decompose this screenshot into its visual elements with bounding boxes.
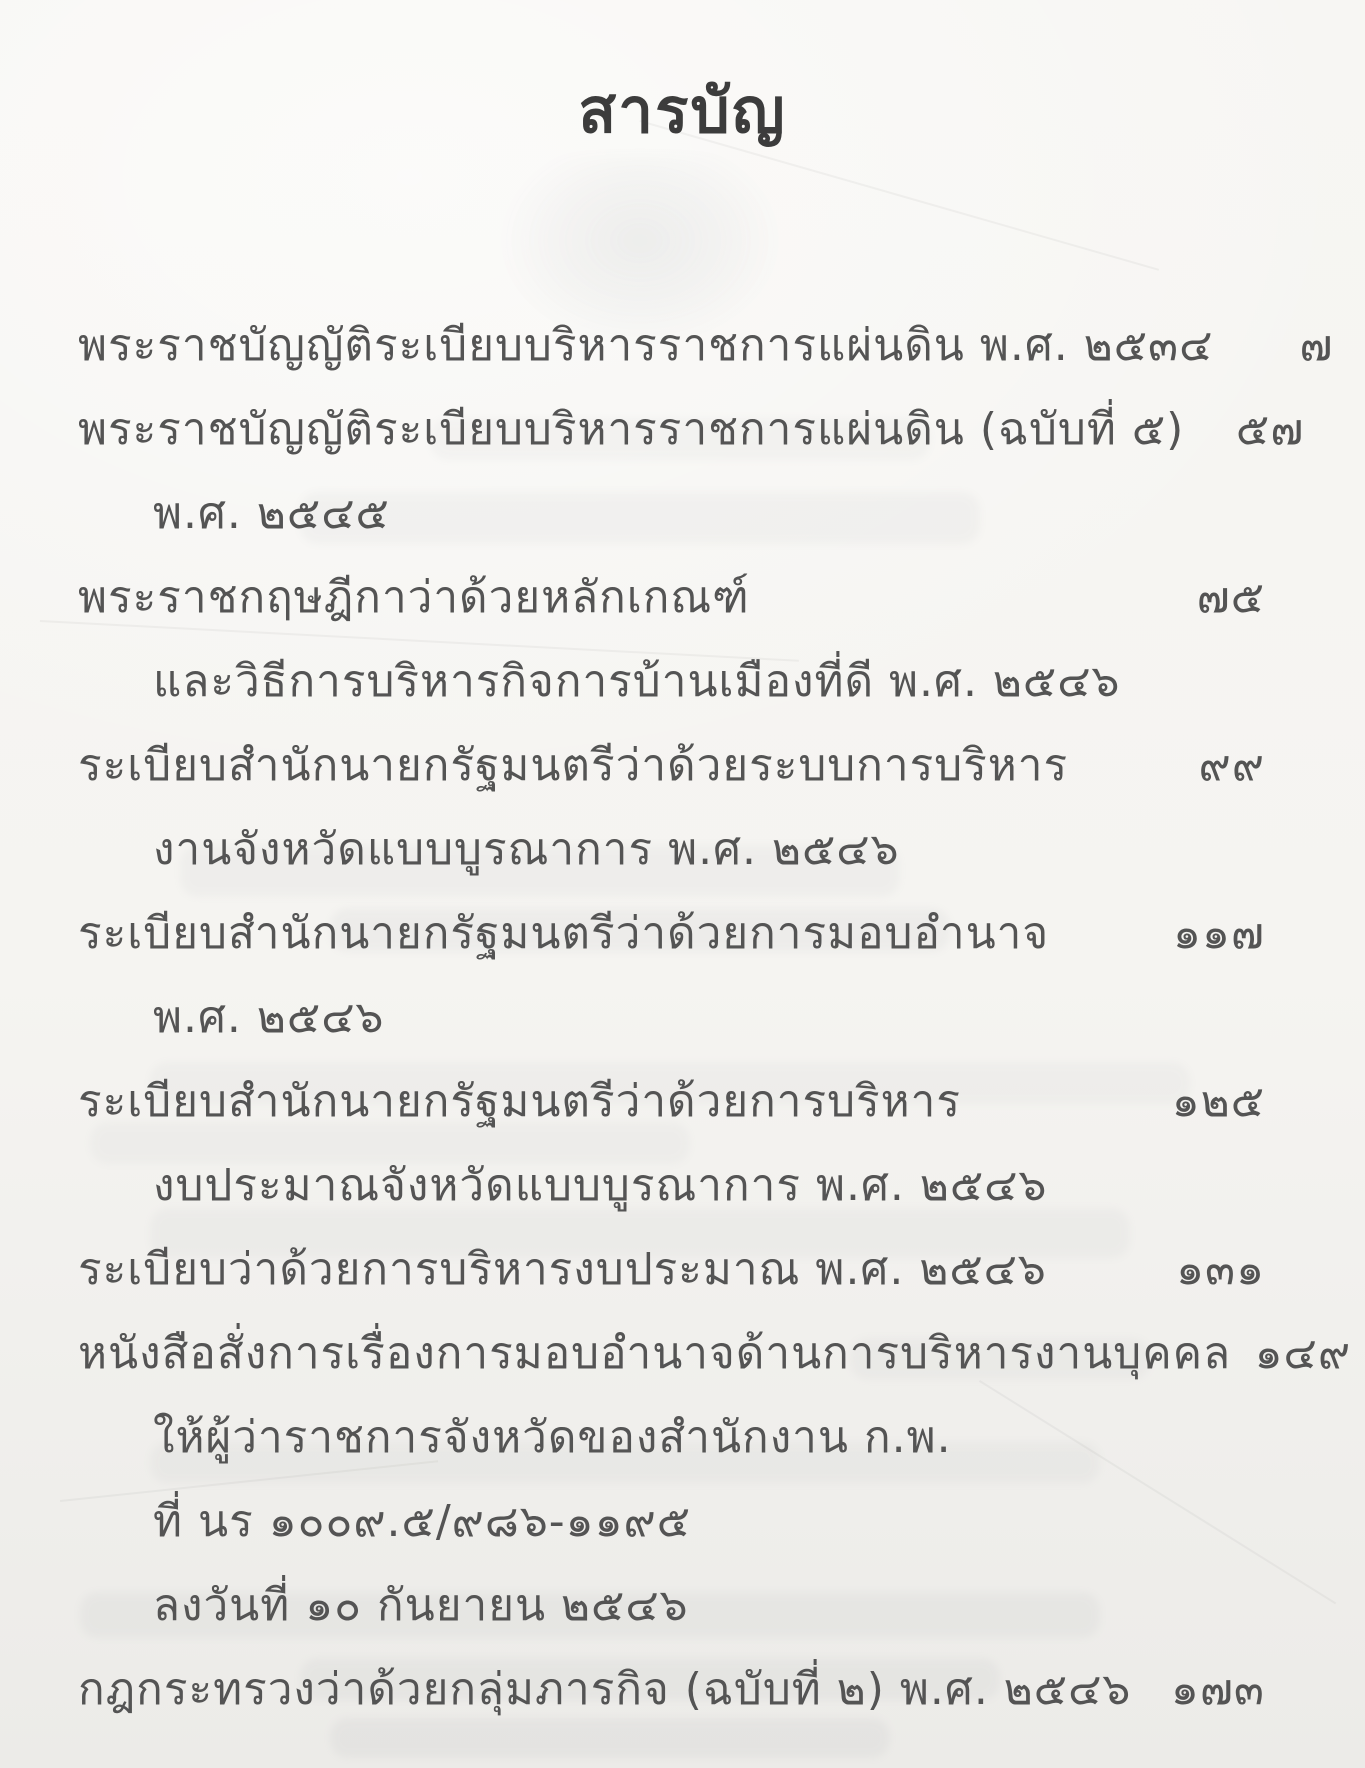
toc-entry-continuation: และวิธีการบริหารกิจการบ้านเมืองที่ดี พ.ศ… xyxy=(78,639,1265,723)
page-number: ๑๑๗ xyxy=(1145,898,1265,968)
toc-entry-text: งบประมาณจังหวัดแบบบูรณาการ พ.ศ. ๒๕๔๖ xyxy=(78,1150,1145,1220)
toc-entry: ระเบียบว่าด้วยการบริหารงบประมาณ พ.ศ. ๒๕๔… xyxy=(78,1227,1265,1311)
toc-entry-continuation: ลงวันที่ ๑๐ กันยายน ๒๕๔๖ xyxy=(78,1563,1265,1647)
toc-entry: ระเบียบสำนักนายกรัฐมนตรีว่าด้วยการบริหาร… xyxy=(78,1059,1265,1143)
page-number: ๑๒๕ xyxy=(1145,1066,1265,1136)
toc-entry: หนังสือสั่งการเรื่องการมอบอำนาจด้านการบร… xyxy=(78,1311,1265,1395)
page-number: ๙๙ xyxy=(1145,730,1265,800)
toc-entry-continuation: พ.ศ. ๒๕๔๕ xyxy=(78,471,1265,555)
toc-entry: พระราชกฤษฎีกาว่าด้วยหลักเกณฑ์ ๗๕ xyxy=(78,555,1265,639)
toc-entry-text: พระราชบัญญัติระเบียบบริหารราชการแผ่นดิน … xyxy=(78,394,1184,464)
toc-entry-continuation: ที่ นร ๑๐๐๙.๕/๙๘๖-๑๑๙๕ xyxy=(78,1479,1265,1563)
page-number: ๑๔๙ xyxy=(1231,1318,1351,1388)
toc-entry-text: ระเบียบสำนักนายกรัฐมนตรีว่าด้วยการมอบอำน… xyxy=(78,898,1145,968)
toc-entry-text: พระราชกฤษฎีกาว่าด้วยหลักเกณฑ์ xyxy=(78,562,1145,632)
toc-entry: ระเบียบสำนักนายกรัฐมนตรีว่าด้วยการมอบอำน… xyxy=(78,891,1265,975)
toc-entry-continuation: ให้ผู้ว่าราชการจังหวัดของสำนักงาน ก.พ. xyxy=(78,1395,1265,1479)
toc-entry-text: ลงวันที่ ๑๐ กันยายน ๒๕๔๖ xyxy=(78,1570,1145,1640)
toc-entry-continuation: พ.ศ. ๒๕๔๖ xyxy=(78,975,1265,1059)
toc-entry-text: และวิธีการบริหารกิจการบ้านเมืองที่ดี พ.ศ… xyxy=(78,646,1145,716)
toc-entry-text: ให้ผู้ว่าราชการจังหวัดของสำนักงาน ก.พ. xyxy=(78,1402,1145,1472)
toc-entry: ระเบียบสำนักนายกรัฐมนตรีว่าด้วยระบบการบร… xyxy=(78,723,1265,807)
toc-title: สารบัญ xyxy=(0,62,1365,160)
page-number: ๗๕ xyxy=(1145,562,1265,632)
page-number: ๑๗๓ xyxy=(1145,1654,1265,1724)
toc-list: พระราชบัญญัติระเบียบบริหารราชการแผ่นดิน … xyxy=(78,303,1265,1731)
toc-entry-text: พ.ศ. ๒๕๔๖ xyxy=(78,982,1145,1052)
scanned-toc-page: สารบัญ พระราชบัญญัติระเบียบบริหารราชการแ… xyxy=(0,0,1365,1768)
page-number: ๗ xyxy=(1213,310,1333,380)
toc-entry-text: หนังสือสั่งการเรื่องการมอบอำนาจด้านการบร… xyxy=(78,1318,1231,1388)
toc-entry-text: ที่ นร ๑๐๐๙.๕/๙๘๖-๑๑๙๕ xyxy=(78,1486,1145,1556)
toc-entry-text: ระเบียบสำนักนายกรัฐมนตรีว่าด้วยระบบการบร… xyxy=(78,730,1145,800)
toc-entry-text: งานจังหวัดแบบบูรณาการ พ.ศ. ๒๕๔๖ xyxy=(78,814,1145,884)
toc-entry-continuation: งานจังหวัดแบบบูรณาการ พ.ศ. ๒๕๔๖ xyxy=(78,807,1265,891)
toc-entry-continuation: งบประมาณจังหวัดแบบบูรณาการ พ.ศ. ๒๕๔๖ xyxy=(78,1143,1265,1227)
toc-entry-text: พระราชบัญญัติระเบียบบริหารราชการแผ่นดิน … xyxy=(78,310,1213,380)
toc-entry-text: ระเบียบว่าด้วยการบริหารงบประมาณ พ.ศ. ๒๕๔… xyxy=(78,1234,1145,1304)
toc-entry: พระราชบัญญัติระเบียบบริหารราชการแผ่นดิน … xyxy=(78,303,1265,387)
toc-entry-text: กฎกระทรวงว่าด้วยกลุ่มภารกิจ (ฉบับที่ ๒) … xyxy=(78,1654,1145,1724)
page-number: ๕๗ xyxy=(1184,394,1304,464)
toc-entry: กฎกระทรวงว่าด้วยกลุ่มภารกิจ (ฉบับที่ ๒) … xyxy=(78,1647,1265,1731)
toc-entry: พระราชบัญญัติระเบียบบริหารราชการแผ่นดิน … xyxy=(78,387,1265,471)
toc-entry-text: พ.ศ. ๒๕๔๕ xyxy=(78,478,1145,548)
toc-entry-text: ระเบียบสำนักนายกรัฐมนตรีว่าด้วยการบริหาร xyxy=(78,1066,1145,1136)
page-number: ๑๓๑ xyxy=(1145,1234,1265,1304)
